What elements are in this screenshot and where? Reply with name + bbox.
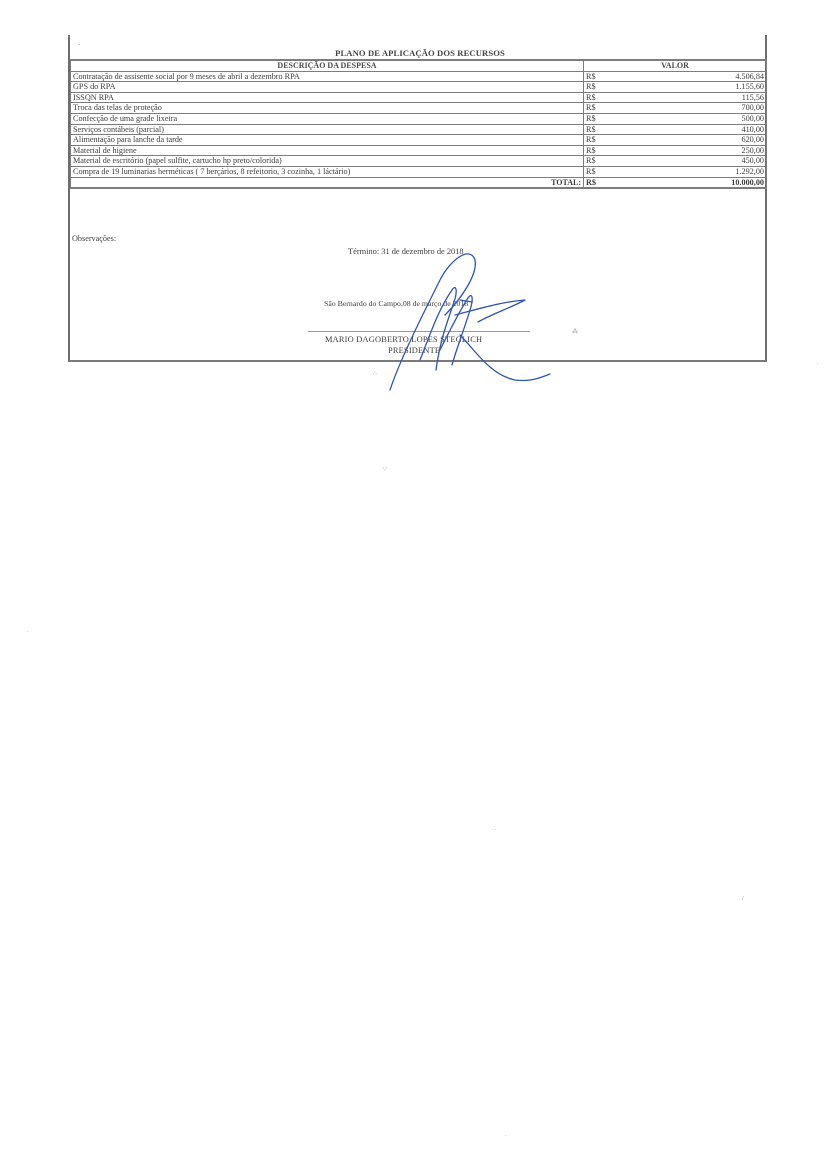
scan-speck: ∵ — [383, 466, 387, 473]
expense-currency: R$ — [584, 82, 609, 93]
expense-value: 1.155,60 — [608, 82, 767, 93]
expense-value: 700,00 — [608, 103, 767, 114]
total-currency: R$ — [584, 177, 609, 188]
expense-currency: R$ — [584, 103, 609, 114]
total-value: 10.000,00 — [608, 177, 767, 188]
expense-description: Confecção de uma grade lixeira — [71, 113, 584, 124]
total-row: TOTAL:R$10.000,00 — [71, 177, 767, 188]
scan-speck: . — [27, 628, 29, 634]
expense-currency: R$ — [584, 145, 609, 156]
table-header-row: DESCRIÇÃO DA DESPESA VALOR — [71, 60, 767, 71]
expense-value: 500,00 — [608, 113, 767, 124]
table-row: Material de higieneR$250,00 — [71, 145, 767, 156]
expense-value: 1.292,00 — [608, 166, 767, 177]
expense-currency: R$ — [584, 124, 609, 135]
observations-label: Observações: — [72, 234, 116, 243]
expense-currency: R$ — [584, 135, 609, 146]
column-header-value: VALOR — [584, 60, 767, 71]
scan-speck: ⁂ — [572, 328, 578, 335]
expense-value: 620,00 — [608, 135, 767, 146]
expense-description: GPS do RPA — [71, 82, 584, 93]
expense-currency: R$ — [584, 113, 609, 124]
table-row: Compra de 19 luminarias herméticas ( 7 b… — [71, 166, 767, 177]
expense-description: Serviços contábeis (parcial) — [71, 124, 584, 135]
expense-description: Alimentação para lanche da tarde — [71, 135, 584, 146]
table-row: Contratação de assisente social por 9 me… — [71, 71, 767, 82]
table-row: Material de escritório (papel sulfite, c… — [71, 156, 767, 167]
expense-currency: R$ — [584, 156, 609, 167]
total-label: TOTAL: — [71, 177, 584, 188]
column-header-description: DESCRIÇÃO DA DESPESA — [71, 60, 584, 71]
expense-value: 250,00 — [608, 145, 767, 156]
expense-description: ISSQN RPA — [71, 92, 584, 103]
scan-speck: / — [742, 896, 744, 902]
expense-description: Material de escritório (papel sulfite, c… — [71, 156, 584, 167]
expense-currency: R$ — [584, 92, 609, 103]
expense-value: 410,00 — [608, 124, 767, 135]
handwritten-signature — [360, 240, 560, 400]
expense-description: Material de higiene — [71, 145, 584, 156]
expense-value: 4.506,84 — [608, 71, 767, 82]
table-row: Confecção de uma grade lixeiraR$500,00 — [71, 113, 767, 124]
scan-speck: . — [817, 360, 819, 366]
expense-table: DESCRIÇÃO DA DESPESA VALOR Contratação d… — [70, 59, 767, 189]
scan-speck: . . — [492, 826, 497, 832]
expense-description: Compra de 19 luminarias herméticas ( 7 b… — [71, 166, 584, 177]
expense-description: Contratação de assisente social por 9 me… — [71, 71, 584, 82]
expense-value: 115,56 — [608, 92, 767, 103]
table-row: Serviços contábeis (parcial)R$410,00 — [71, 124, 767, 135]
expense-currency: R$ — [584, 71, 609, 82]
table-row: Alimentação para lanche da tardeR$620,00 — [71, 135, 767, 146]
scan-speck: ∴ — [373, 370, 377, 377]
table-row: ISSQN RPAR$115,56 — [71, 92, 767, 103]
table-row: Troca das telas de proteçãoR$700,00 — [71, 103, 767, 114]
expense-currency: R$ — [584, 166, 609, 177]
document-title: PLANO DE APLICAÇÃO DOS RECURSOS — [70, 48, 770, 58]
expense-description: Troca das telas de proteção — [71, 103, 584, 114]
scan-speck: . — [505, 1132, 507, 1138]
expense-value: 450,00 — [608, 156, 767, 167]
table-row: GPS do RPAR$1.155,60 — [71, 82, 767, 93]
